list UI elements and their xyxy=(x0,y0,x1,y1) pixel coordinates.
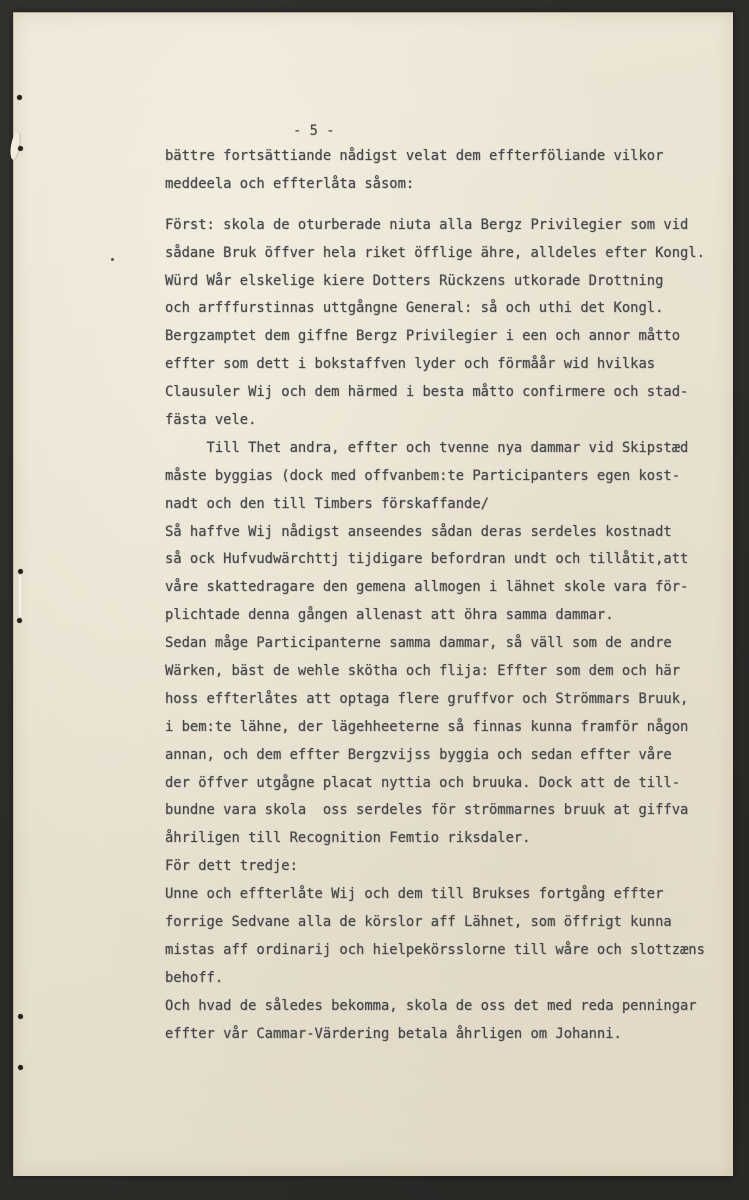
typed-line: effter som dett i bokstaffven lyder och … xyxy=(165,351,717,379)
typed-line: Bergzamptet dem giffne Bergz Privilegier… xyxy=(165,323,717,351)
typed-line: och arfffurstinnas uttgångne General: så… xyxy=(165,295,717,323)
typed-line: Sedan måge Participanterne samma dammar,… xyxy=(165,630,717,658)
scan-backdrop: - 5 - bättre fortsättiande nådigst velat… xyxy=(0,0,749,1200)
typed-line: meddeela och effterlåta såsom: xyxy=(165,171,717,199)
typed-line: annan, och dem effter Bergzvijss byggia … xyxy=(165,742,717,770)
typed-line: mistas aff ordinarij och hielpekörsslorn… xyxy=(165,937,717,965)
typed-line: För dett tredje: xyxy=(165,853,717,881)
typed-line: Och hvad de således bekomma, skola de os… xyxy=(165,993,717,1021)
punch-hole-mark xyxy=(17,95,22,100)
punch-hole-mark xyxy=(18,1065,23,1070)
typed-line: måste byggias (dock med offvanbem:te Par… xyxy=(165,463,717,491)
typed-line: åhriligen till Recognition Femtio riksda… xyxy=(165,825,717,853)
typed-line: forrige Sedvane alla de körslor aff Lähn… xyxy=(165,909,717,937)
typed-line: nadt och den till Timbers förskaffande/ xyxy=(165,491,717,519)
typed-line: så ock Hufvudwärchttj tijdigare befordra… xyxy=(165,546,717,574)
typed-line: behoff. xyxy=(165,965,717,993)
typed-line: fästa vele. xyxy=(165,407,717,435)
typed-line: bättre fortsättiande nådigst velat dem e… xyxy=(165,143,717,171)
punch-hole-mark xyxy=(18,1014,23,1019)
typed-line: Wärken, bäst de wehle skötha och flija: … xyxy=(165,658,717,686)
document-page: - 5 - bättre fortsättiande nådigst velat… xyxy=(13,12,733,1176)
punch-hole-mark xyxy=(18,146,23,151)
typed-line: Unne och effterlåte Wij och dem till Bru… xyxy=(165,881,717,909)
typed-line: Würd Wår elskelige kiere Dotters Rückzen… xyxy=(165,268,717,296)
typed-line: Först: skola de oturberade niuta alla Be… xyxy=(165,212,717,240)
punch-hole-mark xyxy=(18,569,23,574)
typed-line: Så haffve Wij nådigst anseendes sådan de… xyxy=(165,519,717,547)
dust-speck xyxy=(111,258,114,261)
typed-line: plichtade denna gången allenast att öhra… xyxy=(165,602,717,630)
typed-line: Till Thet andra, effter och tvenne nya d… xyxy=(165,435,717,463)
typed-line: hoss effterlåtes att optaga flere gruffv… xyxy=(165,686,717,714)
typed-line: i bem:te lähne, der lägehheeterne så fin… xyxy=(165,714,717,742)
typed-line: effter vår Cammar-Värdering betala åhrli… xyxy=(165,1021,717,1049)
typed-line: Clausuler Wij och dem härmed i besta måt… xyxy=(165,379,717,407)
typed-line: våre skattedragare den gemena allmogen i… xyxy=(165,574,717,602)
typed-line: der öffver utgågne placat nyttia och bru… xyxy=(165,770,717,798)
typed-text-body: bättre fortsättiande nådigst velat dem e… xyxy=(165,143,717,1049)
punch-hole-mark xyxy=(17,618,22,623)
scratch-mark xyxy=(19,575,21,619)
typed-line: bundne vara skola oss serdeles för ström… xyxy=(165,797,717,825)
page-number: - 5 - xyxy=(293,118,335,146)
typed-line: sådane Bruk öffver hela riket öfflige äh… xyxy=(165,240,717,268)
